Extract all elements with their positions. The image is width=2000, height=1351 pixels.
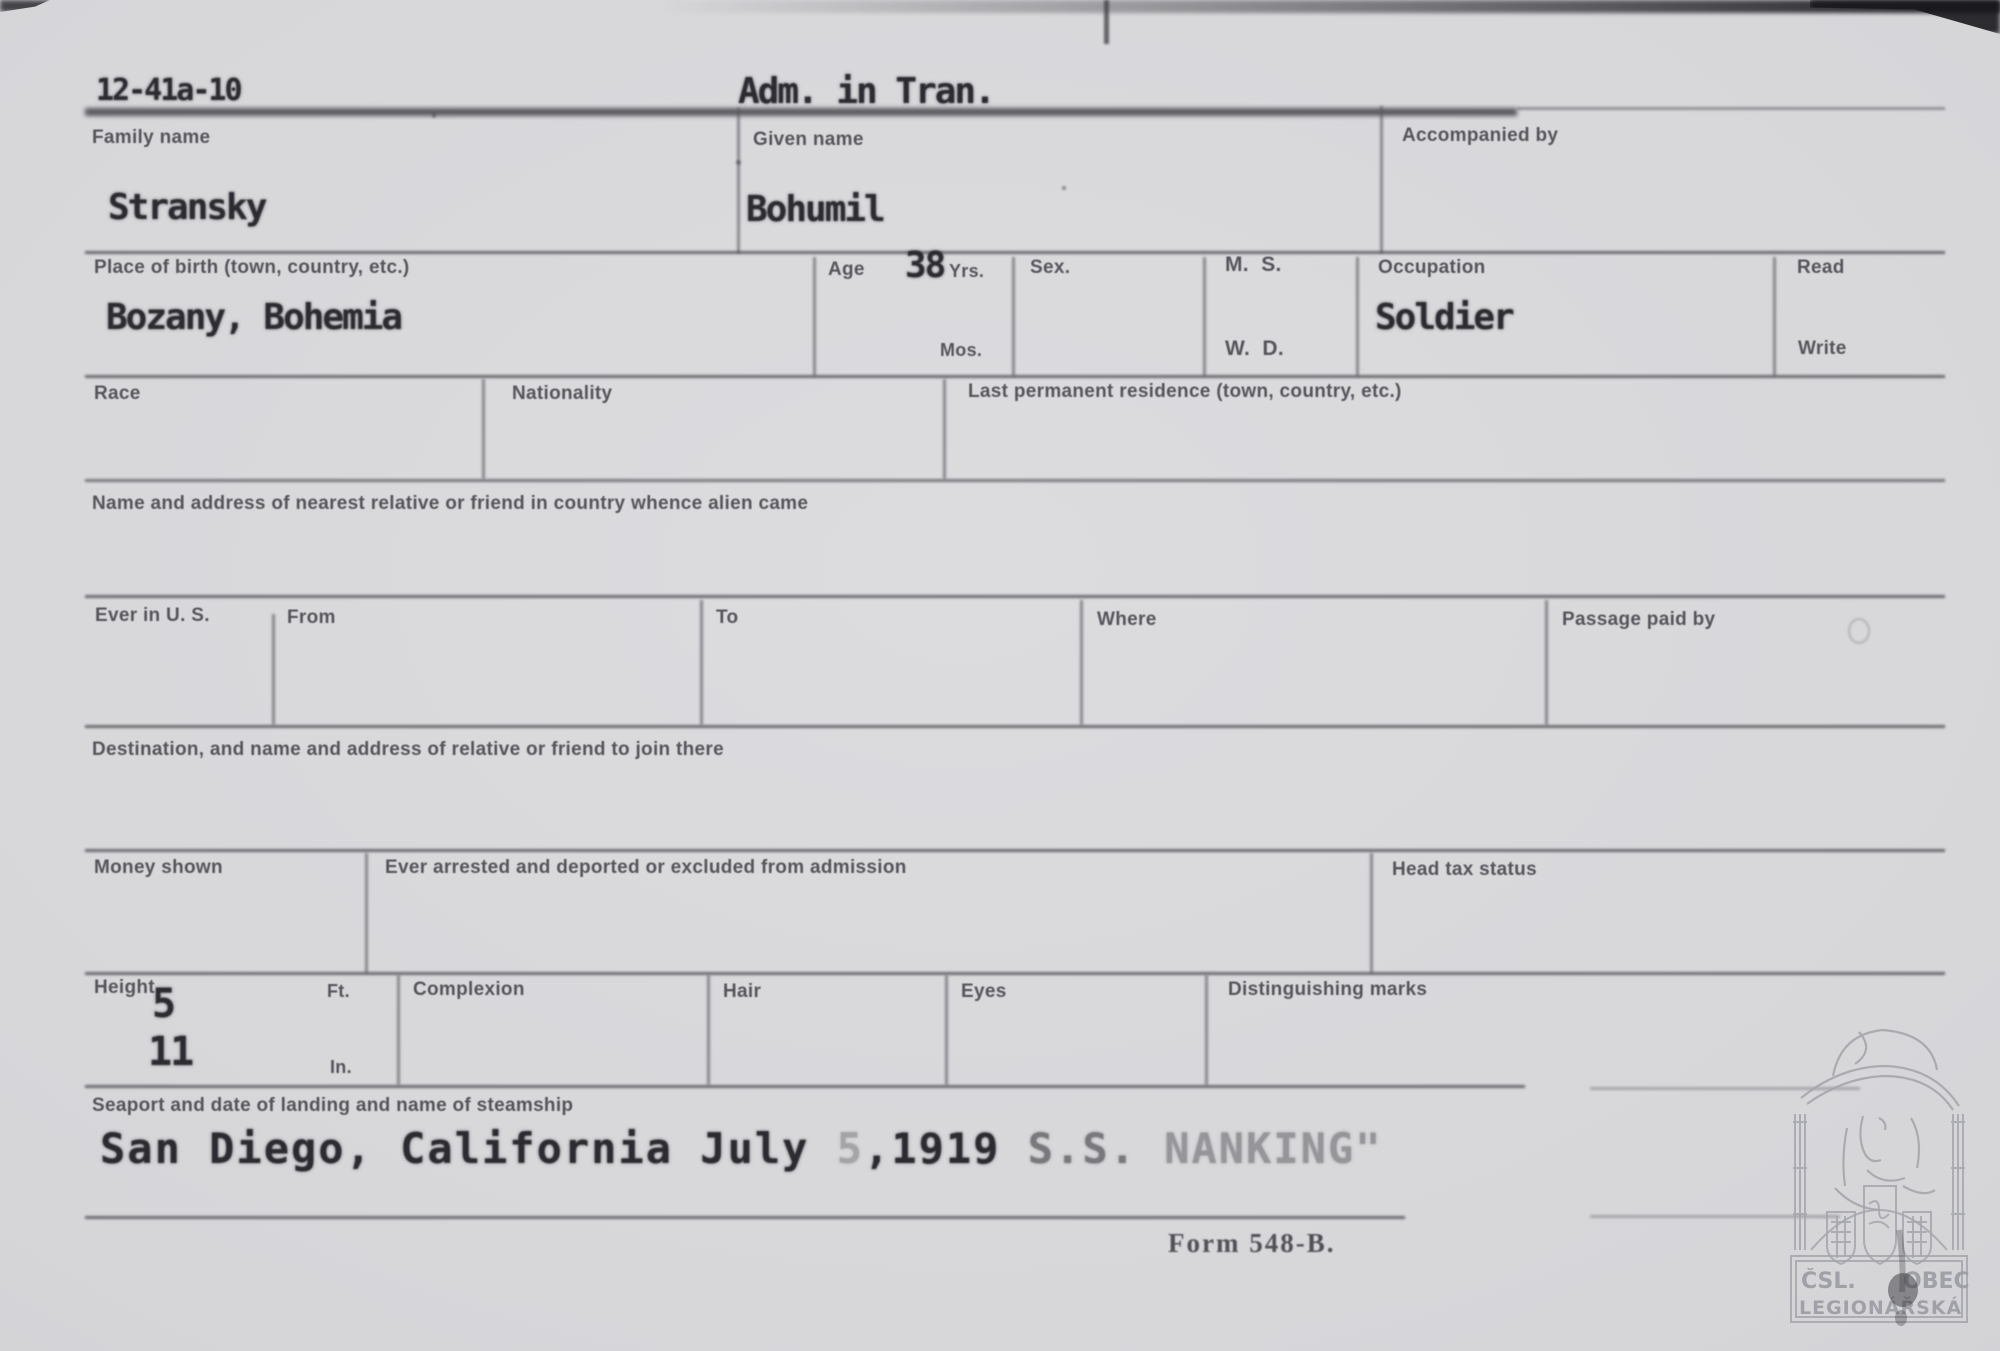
row-rule xyxy=(85,849,1945,852)
age-value: 38 xyxy=(905,248,944,284)
seaport-ss: S.S. xyxy=(1028,1124,1164,1173)
row-rule xyxy=(85,251,1945,254)
height-feet-value: 5 xyxy=(152,984,174,1024)
scanned-immigration-card: 12-41a-10 Adm. in Tran. Family name Give… xyxy=(0,0,2000,1351)
scan-tick-mark xyxy=(1104,0,1109,44)
shields xyxy=(1827,1186,1931,1264)
to-label: To xyxy=(716,608,738,627)
divider xyxy=(1380,106,1383,253)
divider xyxy=(737,108,740,253)
divider xyxy=(813,257,816,376)
ever-arrested-label: Ever arrested and deported or excluded f… xyxy=(385,858,907,877)
divider xyxy=(397,975,400,1085)
family-name-value: Stransky xyxy=(108,190,265,226)
eyes-label: Eyes xyxy=(961,982,1007,1001)
destination-label: Destination, and name and address of rel… xyxy=(92,740,724,759)
divider xyxy=(945,975,948,1085)
watermark-legion: LEGIONÁŘSKÁ xyxy=(1799,1296,1962,1319)
ft-label: Ft. xyxy=(327,982,350,1000)
divider xyxy=(1080,600,1083,725)
watermark-text: ČSL. OBEC LEGIONÁŘSKÁ xyxy=(1799,1268,1970,1319)
read-label: Read xyxy=(1797,258,1845,277)
bottom-rule xyxy=(85,1216,1405,1219)
ink-speck xyxy=(1062,186,1066,190)
row-rule xyxy=(85,595,1945,598)
scan-corner-shadow xyxy=(1810,0,2000,34)
divider xyxy=(700,600,703,725)
divider xyxy=(1012,257,1015,376)
passage-paid-label: Passage paid by xyxy=(1562,610,1715,629)
row-rule xyxy=(85,1085,1525,1088)
height-inches-value: 11 xyxy=(148,1032,192,1072)
nearest-relative-label: Name and address of nearest relative or … xyxy=(92,494,808,513)
place-of-birth-value: Bozany, Bohemia xyxy=(106,300,401,336)
ink-speck xyxy=(432,113,436,118)
seaport-ship: NANKING" xyxy=(1164,1124,1382,1173)
money-shown-label: Money shown xyxy=(94,858,223,877)
admission-stamp: Adm. in Tran. xyxy=(738,74,994,110)
seaport-value: San Diego, California July 5,1919 S.S. N… xyxy=(100,1128,1382,1170)
seaport-city: San Diego, California July xyxy=(100,1124,809,1173)
divider xyxy=(365,853,368,973)
soldier-sketch xyxy=(1801,1030,1959,1210)
height-label: Height xyxy=(94,978,155,997)
given-name-label: Given name xyxy=(753,130,864,149)
write-label: Write xyxy=(1798,339,1847,358)
scan-corner-sliver xyxy=(0,0,50,12)
distinguishing-marks-label: Distinguishing marks xyxy=(1228,980,1427,999)
header-rule-right xyxy=(1517,107,1945,110)
divider xyxy=(1356,257,1359,376)
mos-label: Mos. xyxy=(940,341,982,359)
occupation-value: Soldier xyxy=(1375,300,1513,336)
complexion-label: Complexion xyxy=(413,980,525,999)
row-rule xyxy=(85,972,1945,975)
age-label: Age xyxy=(828,260,865,279)
in-label: In. xyxy=(330,1058,352,1076)
last-residence-label: Last permanent residence (town, country,… xyxy=(968,382,1402,401)
sex-label: Sex. xyxy=(1030,258,1070,277)
divider xyxy=(1545,600,1548,725)
marital-status-top: M. S. xyxy=(1225,254,1282,275)
scan-edge-band xyxy=(660,0,2000,13)
divider xyxy=(272,614,275,725)
divider xyxy=(482,379,485,479)
divider xyxy=(1370,853,1373,973)
marital-status-bottom: W. D. xyxy=(1225,338,1284,359)
given-name-value: Bohumil xyxy=(746,192,884,228)
divider xyxy=(707,975,710,1085)
occupation-label: Occupation xyxy=(1378,258,1486,277)
divider xyxy=(1205,975,1208,1085)
accompanied-by-label: Accompanied by xyxy=(1402,126,1558,145)
race-label: Race xyxy=(94,384,141,403)
place-of-birth-label: Place of birth (town, country, etc.) xyxy=(94,258,410,277)
divider xyxy=(943,379,946,479)
hair-label: Hair xyxy=(723,982,761,1001)
seaport-day: 5 xyxy=(809,1124,864,1173)
row-rule xyxy=(85,725,1945,728)
divider xyxy=(1203,257,1206,376)
seaport-year: ,1919 xyxy=(864,1124,1028,1173)
where-label: Where xyxy=(1097,610,1157,629)
yrs-label: Yrs. xyxy=(949,262,984,280)
row-rule xyxy=(85,375,1945,378)
watermark-csl: ČSL. xyxy=(1801,1268,1856,1294)
file-number: 12-41a-10 xyxy=(96,76,241,106)
legionnaire-watermark: ČSL. OBEC LEGIONÁŘSKÁ xyxy=(1783,1018,1983,1338)
head-tax-label: Head tax status xyxy=(1392,860,1537,879)
header-rule xyxy=(85,108,1517,116)
form-number: Form 548-B. xyxy=(1168,1228,1335,1259)
ink-speck xyxy=(736,160,741,165)
divider xyxy=(1773,257,1776,376)
row-rule xyxy=(85,479,1945,482)
ever-in-us-label: Ever in U. S. xyxy=(95,606,210,625)
faint-stamp-mark xyxy=(1848,618,1870,644)
nationality-label: Nationality xyxy=(512,384,612,403)
from-label: From xyxy=(287,608,336,627)
family-name-label: Family name xyxy=(92,128,210,147)
seaport-label: Seaport and date of landing and name of … xyxy=(92,1096,573,1115)
